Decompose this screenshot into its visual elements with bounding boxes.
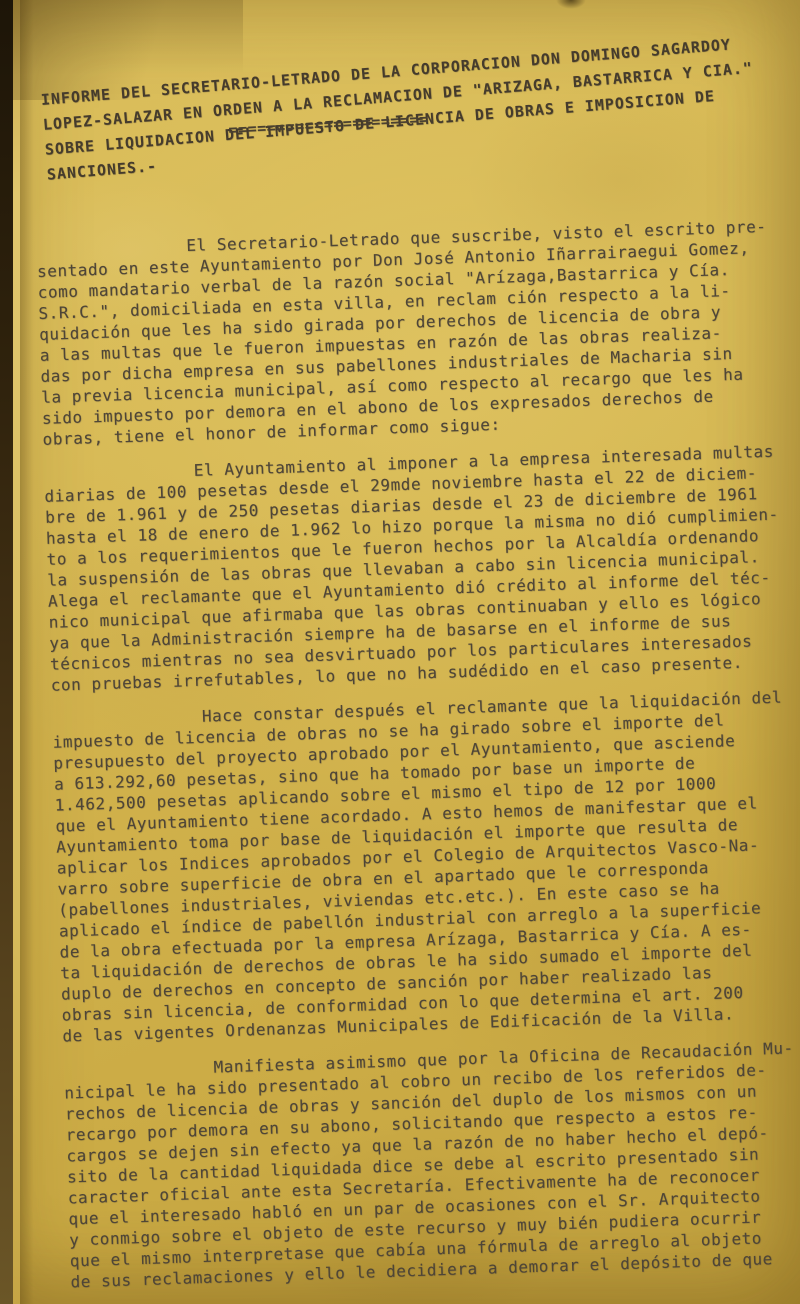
document-body: El Secretario-Letrado que suscribe, vist… <box>36 215 800 1304</box>
paragraph: El Ayuntamiento al imponer a la empresa … <box>43 440 800 696</box>
document-header: INFORME DEL SECRETARIO-LETRADO DE LA COR… <box>40 27 800 188</box>
top-edge-mark <box>556 0 586 9</box>
binding-crease <box>20 0 36 1304</box>
scanned-document-page: INFORME DEL SECRETARIO-LETRADO DE LA COR… <box>0 0 800 1304</box>
paragraph: Manifiesta asimismo que por la Oficina d… <box>63 1037 800 1293</box>
paragraph: El Secretario-Letrado que suscribe, vist… <box>36 215 798 450</box>
paragraph: Hace constar después el reclamante que l… <box>52 686 800 1047</box>
page-left-edge-shadow <box>0 0 13 1304</box>
underlying-page-edge <box>13 0 20 1304</box>
